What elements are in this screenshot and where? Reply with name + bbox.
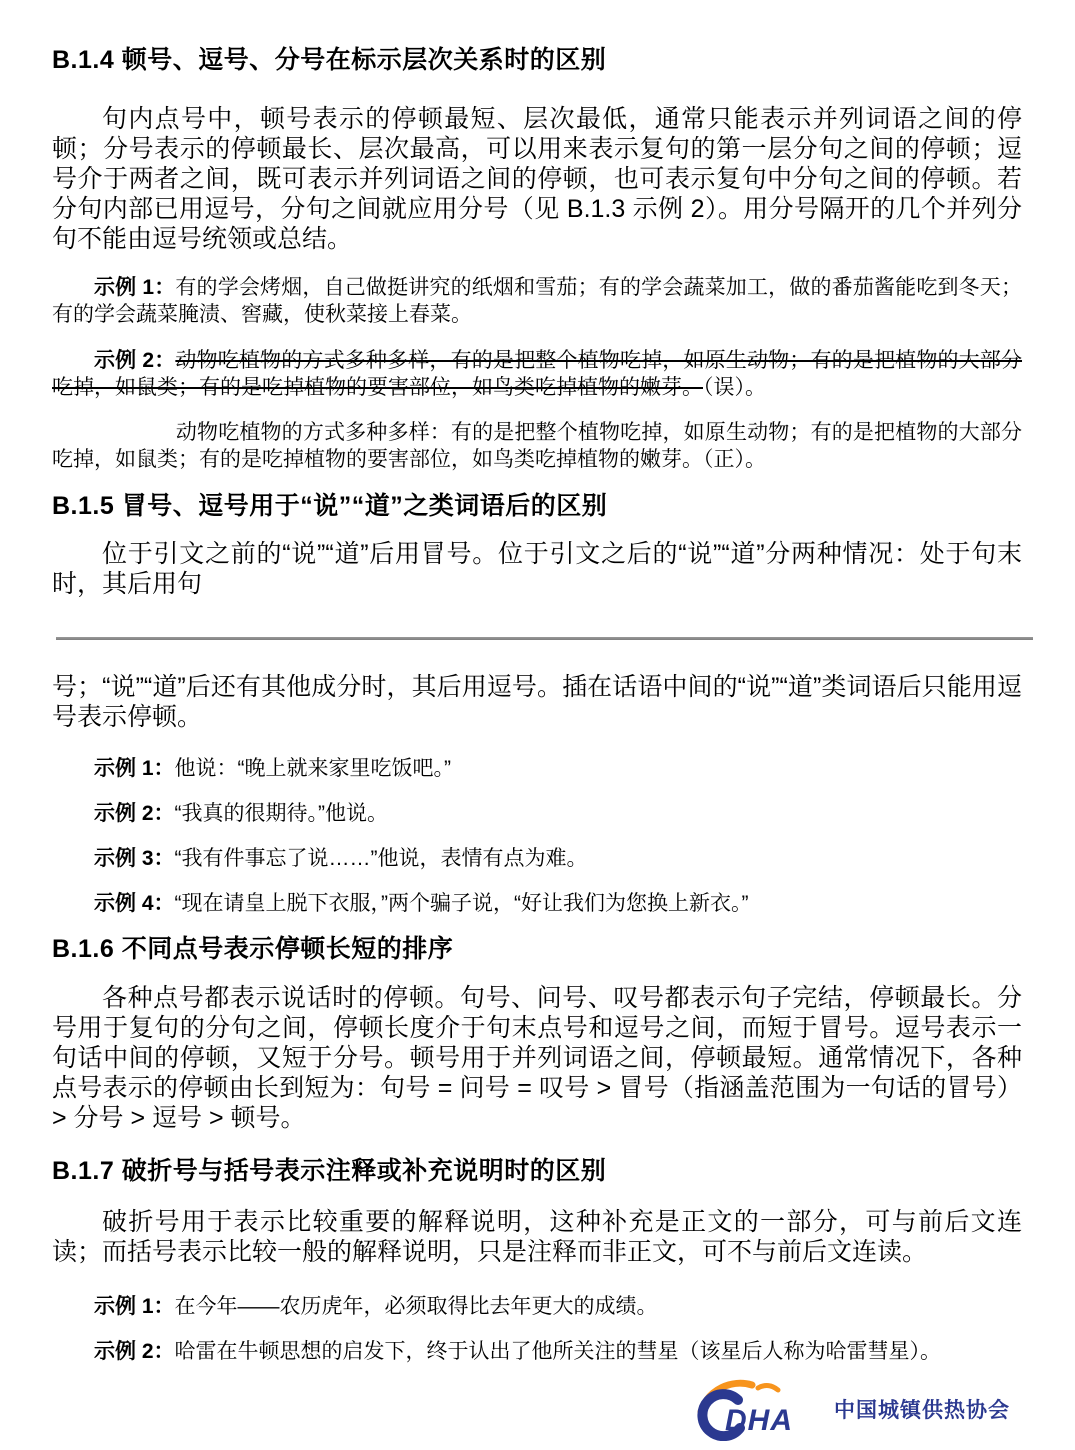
page-break-divider: [56, 637, 1033, 640]
b17-example-1: 示例 1：在今年——农历虎年，必须取得比去年更大的成绩。: [52, 1293, 1022, 1320]
example-label: 示例 2：: [94, 1340, 175, 1363]
section-b15-paragraph-part2: 号；“说”“道”后还有其他成分时，其后用逗号。插在话语中间的“说”“道”类词语后…: [52, 672, 1022, 732]
section-b17-paragraph: 破折号用于表示比较重要的解释说明，这种补充是正文的一部分，可与前后文连读；而括号…: [52, 1207, 1022, 1267]
section-heading-b17: B.1.7 破折号与括号表示注释或补充说明时的区别: [52, 1155, 1022, 1187]
example-text: 他说：“晚上就来家里吃饭吧。”: [175, 757, 452, 780]
example-text: 哈雷在牛顿思想的启发下，终于认出了他所关注的彗星（该星后人称为哈雷彗星）。: [175, 1340, 942, 1363]
association-name: 中国城镇供热协会: [834, 1394, 1010, 1424]
example-verdict: （误）。: [703, 376, 766, 399]
footer-logo: DHA 中国城镇供热协会: [52, 1377, 1022, 1441]
example-struck-text: 动物吃植物的方式多种多样，有的是把整个植物吃掉，如原生动物；有的是把植物的大部分…: [52, 349, 1022, 399]
b17-example-2: 示例 2：哈雷在牛顿思想的启发下，终于认出了他所关注的彗星（该星后人称为哈雷彗星…: [52, 1338, 1022, 1365]
example-label: 示例 4：: [94, 892, 175, 915]
example-label: 示例 2：: [94, 349, 175, 372]
example-text: 有的学会烤烟，自己做挺讲究的纸烟和雪茄；有的学会蔬菜加工，做的番茄酱能吃到冬天；…: [52, 276, 1022, 326]
example-label: 示例 1：: [94, 1295, 175, 1318]
section-heading-b14: B.1.4 顿号、逗号、分号在标示层次关系时的区别: [52, 44, 1022, 76]
example-text: “我真的很期待。”他说。: [175, 802, 389, 825]
example-text: 在今年——农历虎年，必须取得比去年更大的成绩。: [175, 1295, 658, 1318]
example-label: 示例 1：: [94, 757, 175, 780]
cdha-logo-icon: DHA: [692, 1377, 820, 1441]
section-b16-paragraph: 各种点号都表示说话时的停顿。句号、问号、叹号都表示句子完结，停顿最长。分号用于复…: [52, 983, 1022, 1133]
example-label: 示例 3：: [94, 847, 175, 870]
b15-example-4: 示例 4：“现在请皇上脱下衣服，”两个骗子说，“好让我们为您换上新衣。”: [52, 890, 1022, 917]
b14-example-2-correct: 动物吃植物的方式多种多样：有的是把整个植物吃掉，如原生动物；有的是把植物的大部分…: [52, 419, 1022, 473]
section-heading-b16: B.1.6 不同点号表示停顿长短的排序: [52, 933, 1022, 965]
b15-example-3: 示例 3：“我有件事忘了说……”他说，表情有点为难。: [52, 845, 1022, 872]
b14-example-1: 示例 1：有的学会烤烟，自己做挺讲究的纸烟和雪茄；有的学会蔬菜加工，做的番茄酱能…: [52, 274, 1022, 328]
document-page: B.1.4 顿号、逗号、分号在标示层次关系时的区别 句内点号中，顿号表示的停顿最…: [0, 0, 1075, 1450]
section-b15-paragraph-part1: 位于引文之前的“说”“道”后用冒号。位于引文之后的“说”“道”分两种情况：处于句…: [52, 539, 1022, 599]
example-text: “现在请皇上脱下衣服，”两个骗子说，“好让我们为您换上新衣。”: [175, 892, 749, 915]
logo-acronym-text: DHA: [725, 1404, 793, 1437]
example-label: 示例 1：: [94, 276, 175, 299]
b14-example-2-wrong: 示例 2：动物吃植物的方式多种多样，有的是把整个植物吃掉，如原生动物；有的是把植…: [52, 347, 1022, 401]
section-b14-paragraph: 句内点号中，顿号表示的停顿最短、层次最低，通常只能表示并列词语之间的停顿；分号表…: [52, 104, 1022, 254]
section-heading-b15: B.1.5 冒号、逗号用于“说”“道”之类词语后的区别: [52, 490, 1022, 522]
example-label: 示例 2：: [94, 802, 175, 825]
example-text: “我有件事忘了说……”他说，表情有点为难。: [175, 847, 588, 870]
b15-example-2: 示例 2：“我真的很期待。”他说。: [52, 800, 1022, 827]
b15-example-1: 示例 1：他说：“晚上就来家里吃饭吧。”: [52, 755, 1022, 782]
